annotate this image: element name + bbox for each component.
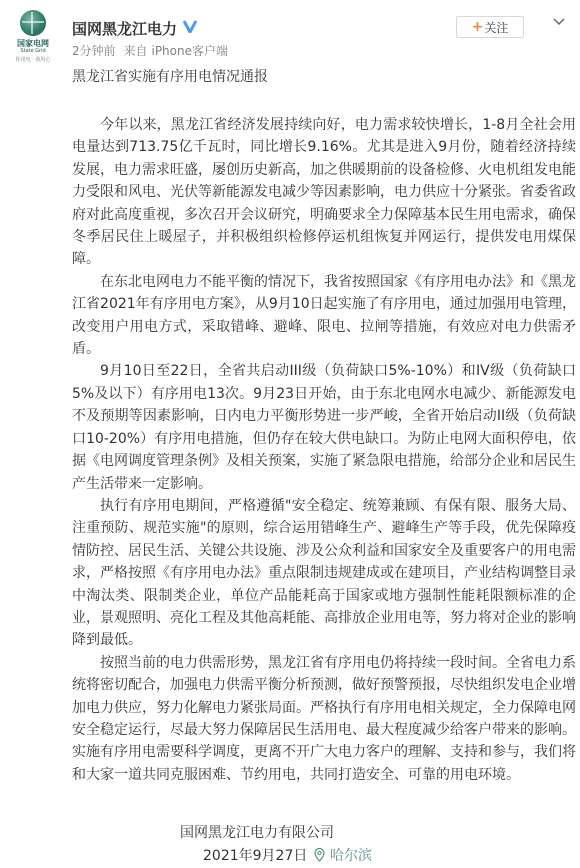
post-source: iPhone客户端 [151,44,228,58]
state-grid-globe-icon [20,10,46,36]
paragraph-5: 按照当前的电力供需形势，黑龙江省有序用电仍将持续一段时间。全省电力系统将密切配合… [72,652,576,786]
paragraph-1: 今年以来，黑龙江省经济发展持续向好，电力需求较快增长，1-8月全社会用电量达到7… [72,114,576,271]
paragraph-2: 在东北电网电力不能平衡的情况下，我省按照国家《有序用电办法》和《黑龙江省2021… [72,271,576,361]
follow-label: 关注 [484,19,508,36]
verified-badge-icon [183,19,197,37]
follow-button[interactable]: + 关注 [456,16,524,38]
avatar[interactable]: 国家电网 State Grid 你用电 · 我用心 [10,10,56,68]
location-pin-icon [314,848,325,862]
post-header: 国网黑龙江电力 2分钟前 来自iPhone客户端 [72,16,232,60]
post-body: 今年以来，黑龙江省经济发展持续向好，电力需求较快增长，1-8月全社会用电量达到7… [72,114,576,786]
chevron-down-icon [552,17,566,27]
post-time[interactable]: 2分钟前 [72,44,116,58]
paragraph-3: 9月10日至22日，全省共启动III级（负荷缺口5%-10%）和IV级（负荷缺口… [72,360,576,494]
more-options-button[interactable] [552,12,566,24]
paragraph-4: 执行有序用电期间，严格遵循"安全稳定、统筹兼顾、有保有限、服务大局、注重预防、规… [72,495,576,652]
post-title: 黑龙江省实施有序用电情况通报 [72,66,268,88]
plus-icon: + [472,19,484,35]
logo-en-text: State Grid [20,48,45,54]
author-row: 国网黑龙江电力 [72,16,232,40]
logo-cn-text: 国家电网 [17,39,49,48]
location-link[interactable]: 哈尔滨 [314,845,372,865]
signature-company: 国网黑龙江电力有限公司 [180,822,334,842]
logo-slogan-text: 你用电 · 我用心 [16,56,51,64]
source-prefix: 来自 [123,44,147,58]
author-name[interactable]: 国网黑龙江电力 [72,18,177,39]
post-meta: 2分钟前 来自iPhone客户端 [72,42,232,60]
signature-date: 2021年9月27日 [203,845,307,865]
location-label: 哈尔滨 [330,845,372,865]
